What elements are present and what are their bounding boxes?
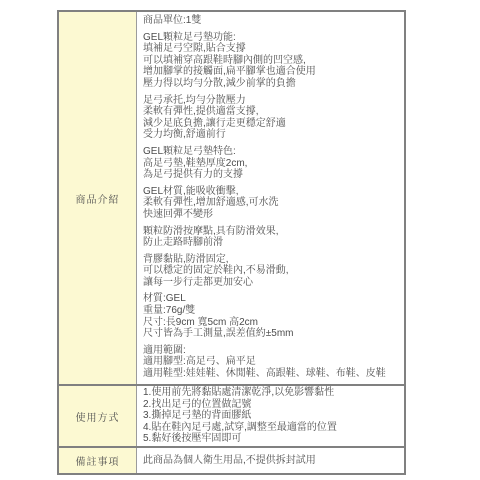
text-line: 防止走路時腳前滑 (143, 237, 398, 249)
text-line: 3.撕掉足弓墊的背面膠紙 (143, 410, 398, 422)
row-label: 使用方式 (59, 386, 137, 446)
text-line: 可以穩定的固定於鞋內,不易滑動, (143, 265, 398, 277)
text-line: 4.貼在鞋內足弓處,試穿,調整至最適當的位置 (143, 422, 398, 434)
text-line: 尺寸:長9cm 寬5cm 高2cm (143, 317, 398, 329)
text-line: 填補足弓空隙,貼合支撐 (143, 43, 398, 55)
text-paragraph: GEL材質,能吸收衝擊,柔軟有彈性,增加舒適感,可水洗快速回彈不變形 (143, 186, 398, 221)
text-paragraph: 商品單位:1雙 (143, 15, 398, 27)
text-line: 適用腳型:高足弓、扁平足 (143, 356, 398, 368)
text-line: 2.找出足弓的位置做記號 (143, 399, 398, 411)
text-line: 適用範圍: (143, 345, 398, 357)
text-line: 柔軟有彈性,提供適當支撐, (143, 106, 398, 118)
text-paragraph: 材質:GEL重量:76g/雙尺寸:長9cm 寬5cm 高2cm尺寸皆為手工測量,… (143, 293, 398, 339)
text-line: 材質:GEL (143, 293, 398, 305)
text-line: 讓每一步行走都更加安心 (143, 277, 398, 289)
text-paragraph: GEL顆粒足弓墊特色:高足弓墊,鞋墊厚度2cm,為足弓提供有力的支撐 (143, 146, 398, 181)
text-paragraph: 背膠黏貼,防滑固定,可以穩定的固定於鞋內,不易滑動,讓每一步行走都更加安心 (143, 254, 398, 289)
table-row: 備註事項此商品為個人衛生用品,不提供拆封試用 (59, 446, 404, 473)
text-line: 壓力得以均勻分散,減少前掌的負擔 (143, 78, 398, 90)
text-line: 1.使用前先將黏貼處清潔乾淨,以免影響黏性 (143, 387, 398, 399)
text-line: 受力均衡,舒適前行 (143, 129, 398, 141)
text-line: GEL材質,能吸收衝擊, (143, 186, 398, 198)
text-paragraph: 此商品為個人衛生用品,不提供拆封試用 (143, 455, 398, 467)
text-paragraph: 適用範圍:適用腳型:高足弓、扁平足適用鞋型:娃娃鞋、休閒鞋、高跟鞋、球鞋、布鞋、… (143, 345, 398, 380)
row-content: 商品單位:1雙GEL顆粒足弓墊功能:填補足弓空隙,貼合支撐可以填補穿高跟鞋時腳內… (137, 12, 404, 384)
table-row: 使用方式1.使用前先將黏貼處清潔乾淨,以免影響黏性2.找出足弓的位置做記號3.撕… (59, 384, 404, 446)
text-line: 顆粒防滑按摩點,具有防滑效果, (143, 226, 398, 238)
text-paragraph: GEL顆粒足弓墊功能:填補足弓空隙,貼合支撐可以填補穿高跟鞋時腳內側的凹空感,增… (143, 32, 398, 90)
text-line: 5.黏好後按壓牢固即可 (143, 433, 398, 445)
text-line: 足弓承托,均勻分散壓力 (143, 95, 398, 107)
text-paragraph: 1.使用前先將黏貼處清潔乾淨,以免影響黏性2.找出足弓的位置做記號3.撕掉足弓墊… (143, 387, 398, 445)
text-line: 適用鞋型:娃娃鞋、休閒鞋、高跟鞋、球鞋、布鞋、皮鞋 (143, 368, 398, 380)
text-line: 重量:76g/雙 (143, 305, 398, 317)
text-line: GEL顆粒足弓墊特色: (143, 146, 398, 158)
text-paragraph: 顆粒防滑按摩點,具有防滑效果,防止走路時腳前滑 (143, 226, 398, 249)
text-paragraph: 足弓承托,均勻分散壓力柔軟有彈性,提供適當支撐,減少足底負擔,讓行走更穩定舒適受… (143, 95, 398, 141)
text-line: 快速回彈不變形 (143, 209, 398, 221)
text-line: 此商品為個人衛生用品,不提供拆封試用 (143, 455, 398, 467)
row-label: 備註事項 (59, 448, 137, 473)
table-row: 商品介紹商品單位:1雙GEL顆粒足弓墊功能:填補足弓空隙,貼合支撐可以填補穿高跟… (59, 12, 404, 384)
text-line: 可以填補穿高跟鞋時腳內側的凹空感, (143, 55, 398, 67)
text-line: 柔軟有彈性,增加舒適感,可水洗 (143, 197, 398, 209)
text-line: 為足弓提供有力的支撐 (143, 169, 398, 181)
text-line: 尺寸皆為手工測量,誤差值約±5mm (143, 328, 398, 340)
row-content: 1.使用前先將黏貼處清潔乾淨,以免影響黏性2.找出足弓的位置做記號3.撕掉足弓墊… (137, 386, 404, 446)
row-label: 商品介紹 (59, 12, 137, 384)
text-line: 減少足底負擔,讓行走更穩定舒適 (143, 118, 398, 130)
product-spec-table: 商品介紹商品單位:1雙GEL顆粒足弓墊功能:填補足弓空隙,貼合支撐可以填補穿高跟… (57, 10, 406, 475)
text-line: 商品單位:1雙 (143, 15, 398, 27)
text-line: 增加腳掌的接觸面,扁平腳掌也適合使用 (143, 66, 398, 78)
text-line: 高足弓墊,鞋墊厚度2cm, (143, 158, 398, 170)
text-line: 背膠黏貼,防滑固定, (143, 254, 398, 266)
text-line: GEL顆粒足弓墊功能: (143, 32, 398, 44)
row-content: 此商品為個人衛生用品,不提供拆封試用 (137, 448, 404, 473)
